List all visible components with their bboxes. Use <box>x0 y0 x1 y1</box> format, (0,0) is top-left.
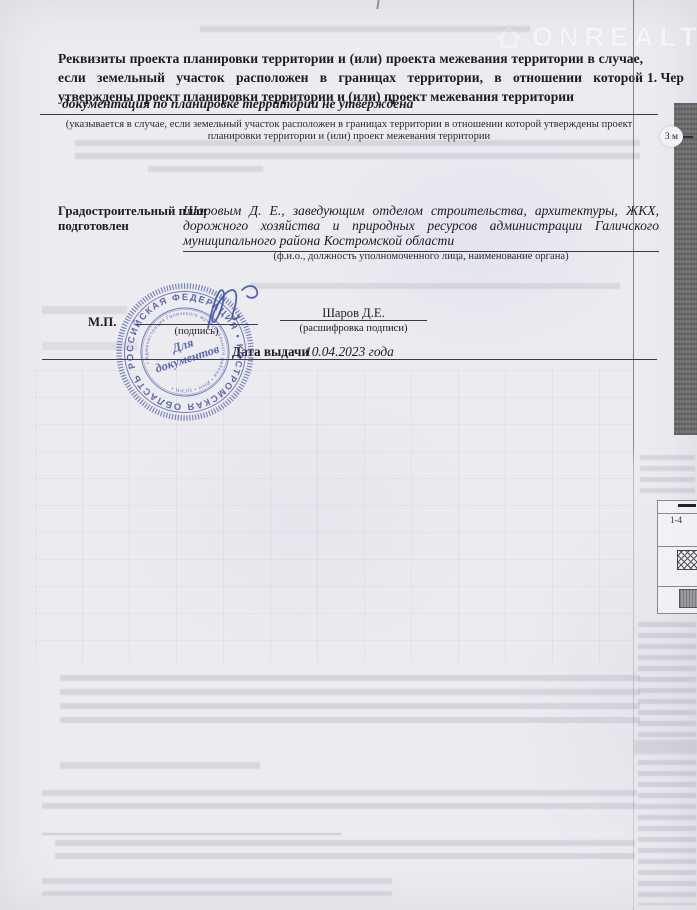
bleedthrough-text <box>640 455 695 495</box>
bleedthrough-text <box>55 840 635 860</box>
signature-name-caption: (расшифровка подписи) <box>280 323 427 334</box>
site-plan-map-fragment <box>674 103 697 435</box>
bleedthrough-text <box>638 760 696 905</box>
issue-date-value: 10.04.2023 года <box>305 344 394 360</box>
bleedthrough-rule <box>42 833 342 835</box>
planning-status-note: (указывается в случае, если земельный уч… <box>40 119 658 143</box>
legend-row-label: 1-4 <box>670 515 682 525</box>
legend-row-divider <box>658 546 697 547</box>
bleedthrough-text <box>148 166 263 172</box>
bleedthrough-text <box>60 762 260 769</box>
scan-artifact <box>376 0 379 9</box>
bleedthrough-text <box>75 140 640 161</box>
prepared-by-note: (ф.и.о., должность уполномоченного лица,… <box>183 251 659 262</box>
planning-status-value: документация по планировке территории не… <box>62 96 658 112</box>
bleedthrough-text <box>638 622 696 737</box>
page-fold-divider <box>633 0 634 910</box>
attachment-section-heading: 1. Чер <box>647 70 697 86</box>
legend-line-symbol <box>678 504 696 507</box>
bleedthrough-band <box>634 740 697 754</box>
bleedthrough-text <box>200 26 530 35</box>
legend-gray-symbol <box>679 589 697 608</box>
bleedthrough-text <box>250 283 620 289</box>
bleedthrough-text <box>42 790 637 811</box>
handwritten-signature <box>198 282 270 334</box>
bleedthrough-text <box>42 878 392 896</box>
planning-status-field: документация по планировке территории не… <box>40 96 658 115</box>
signature-name: Шаров Д.Е. <box>280 306 427 321</box>
legend-row-divider <box>658 513 697 514</box>
scanned-document-page: ONREALT COM Реквизиты проекта планировки… <box>0 0 697 910</box>
prepared-by-value: Шаровым Д. Е., заведующим отделом строит… <box>183 203 659 252</box>
scale-label: 3 м <box>660 126 683 147</box>
legend-hatch-symbol <box>677 550 697 570</box>
legend-row-divider <box>658 586 697 587</box>
scale-leader-line <box>683 136 693 138</box>
bleedthrough-text <box>60 675 640 731</box>
